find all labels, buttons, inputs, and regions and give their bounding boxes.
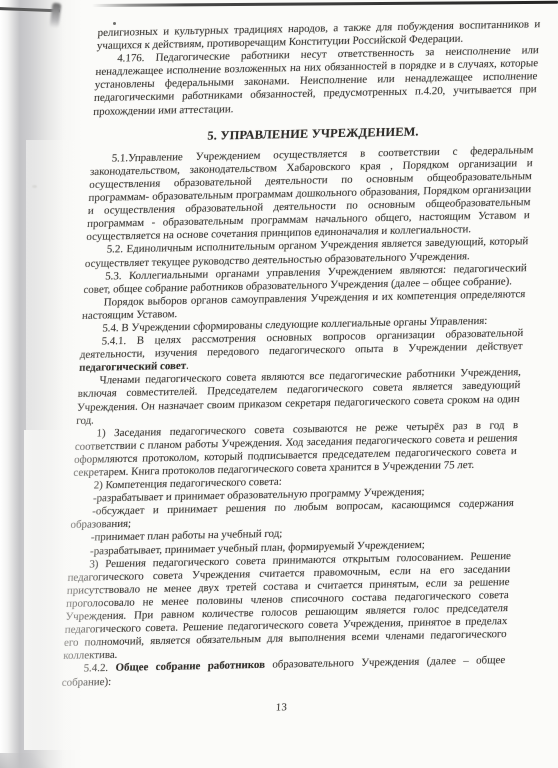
scan-top-edge-artifact xyxy=(92,1,558,7)
paragraph-5-4-2-number: 5.4.2. xyxy=(83,662,116,675)
page-text-block: религиозных и культурных традициях народ… xyxy=(60,18,541,718)
paragraph-council-decisions: 3) Решения педагогического совета приним… xyxy=(63,550,511,664)
paragraph-council-members: Членами педагогического совета являются … xyxy=(76,366,521,427)
paragraph-4-176: 4.176. Педагогические работники несут от… xyxy=(93,44,539,118)
paragraph-council-meetings: 1) Заседания педагогического совета созы… xyxy=(73,419,518,480)
paragraph-5-4-1-period: . xyxy=(186,360,189,372)
section-5-heading: 5. УПРАВЛЕНИЕ УЧРЕЖДЕНИЕМ. xyxy=(92,123,535,145)
paragraph-5-1: 5.1.Управление Учреждением осуществляетс… xyxy=(86,144,534,245)
scanned-document-page: религиозных и культурных традициях народ… xyxy=(0,0,558,768)
bottom-corner-shadow xyxy=(0,753,58,768)
scan-speck xyxy=(113,22,116,25)
scan-speck xyxy=(32,185,37,188)
general-meeting-term: Общее собрание работников xyxy=(115,659,265,674)
pedagogical-council-term: педагогический совет xyxy=(79,360,187,374)
page-number: 13 xyxy=(60,697,503,719)
